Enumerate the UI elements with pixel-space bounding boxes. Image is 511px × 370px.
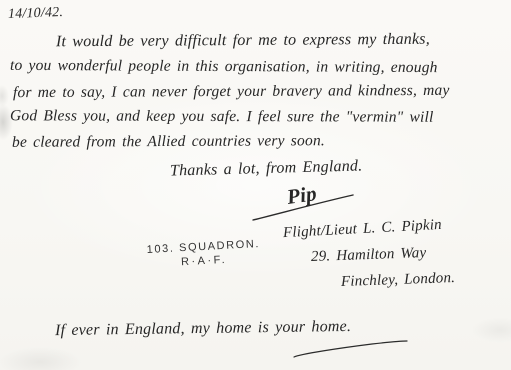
body-line: God Bless you, and keep you safe. I feel… xyxy=(10,107,434,126)
sender-rank-name: Flight/Lieut L. C. Pipkin xyxy=(283,217,443,242)
ink-flourishes xyxy=(0,0,511,370)
signature: Pip xyxy=(285,181,318,210)
body-line: be cleared from the Allied countries ver… xyxy=(12,132,325,152)
postscript-line: If ever in England, my home is your home… xyxy=(55,318,351,340)
sender-address-line-1: 29. Hamilton Way xyxy=(311,245,427,266)
scanned-letter-page: 14/10/42. It would be very difficult for… xyxy=(0,0,511,370)
squadron-block: 103. SQUADRON. R·A·F. xyxy=(146,238,261,270)
closing-line: Thanks a lot, from England. xyxy=(170,157,363,180)
postscript-underline-flourish xyxy=(294,341,407,357)
sender-address-line-2: Finchley, London. xyxy=(341,270,456,291)
body-line: It would be very difficult for me to exp… xyxy=(56,31,430,52)
letter-date: 14/10/42. xyxy=(8,5,64,23)
body-line: for me to say, I can never forget your b… xyxy=(13,82,450,102)
body-line: to you wonderful people in this organisa… xyxy=(10,57,438,77)
